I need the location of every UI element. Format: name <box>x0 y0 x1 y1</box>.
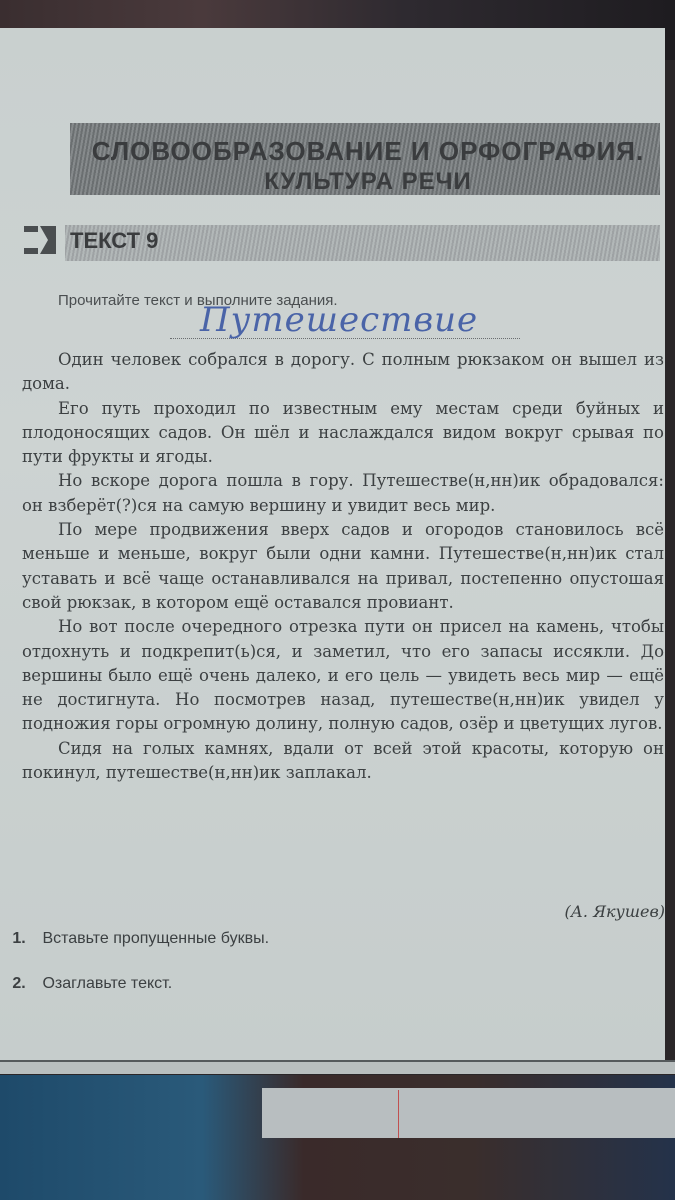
task-label: Озаглавьте текст. <box>42 975 172 992</box>
notebook-page-below <box>262 1088 675 1138</box>
task-1: 1. Вставьте пропущенные буквы. <box>0 930 269 948</box>
paragraph-6: Сидя на голых камнях, вдали от всей этой… <box>22 737 664 786</box>
task-2: 2. Озаглавьте текст. <box>0 975 172 993</box>
task-number: 1. <box>0 930 38 948</box>
paragraph-1: Один человек собрался в дорогу. С полным… <box>22 348 664 397</box>
section-header-line1: СЛОВООБРАЗОВАНИЕ И ОРФОГРАФИЯ. <box>78 136 658 167</box>
text-body: Один человек собрался в дорогу. С полным… <box>22 348 664 785</box>
task-label: Вставьте пропущенные буквы. <box>42 930 269 947</box>
paragraph-2: Его путь проходил по известным ему места… <box>22 397 664 470</box>
paragraph-3: Но вскоре дорога пошла в гору. Путешеств… <box>22 469 664 518</box>
notebook-margin-line <box>398 1090 399 1138</box>
page-edge <box>0 1060 675 1074</box>
arrow-bracket-icon <box>22 222 58 258</box>
task-number: 2. <box>0 975 38 993</box>
author-attribution: (А. Якушев) <box>565 902 665 921</box>
handwritten-title: Путешествие <box>200 300 478 340</box>
paragraph-5: Но вот после очередного отрезка пути он … <box>22 615 664 736</box>
text-number-label: ТЕКСТ 9 <box>70 228 158 254</box>
section-header-line2: КУЛЬТУРА РЕЧИ <box>78 168 658 196</box>
paragraph-4: По мере продвижения вверх садов и огород… <box>22 518 664 615</box>
